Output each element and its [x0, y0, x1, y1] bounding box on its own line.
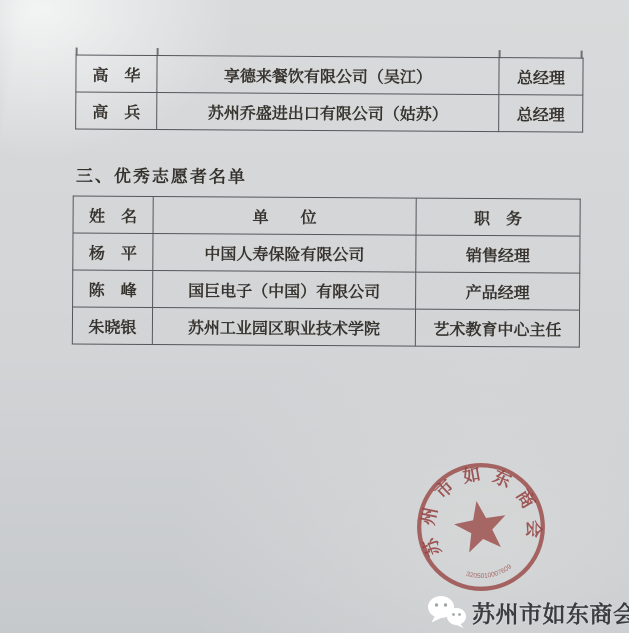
official-seal: 苏州市如东商会 3205010007609 [392, 438, 570, 616]
header-name: 姓 名 [73, 196, 153, 233]
table-row: 高 华 享德来餐饮有限公司（吴江） 总经理 [76, 55, 583, 95]
section-title: 三、优秀志愿者名单 [76, 162, 247, 188]
org-cell: 苏州乔盛进出口有限公司（姑苏） [157, 93, 499, 132]
table-row: 高 兵 苏州乔盛进出口有限公司（姑苏） 总经理 [76, 92, 583, 132]
wechat-icon [427, 595, 467, 629]
org-cell: 中国人寿保险有限公司 [153, 234, 416, 273]
name-cell: 杨 平 [73, 233, 153, 270]
org-cell: 国巨电子（中国）有限公司 [153, 271, 416, 310]
title-cell: 艺术教育中心主任 [415, 309, 579, 347]
volunteers-table: 姓 名 单 位 职 务 杨 平 中国人寿保险有限公司 销售经理 陈 峰 国巨电子… [72, 196, 581, 348]
table-row: 杨 平 中国人寿保险有限公司 销售经理 [73, 233, 580, 273]
title-cell: 产品经理 [416, 272, 580, 310]
svg-text:3205010007609: 3205010007609 [464, 563, 514, 584]
document-photo: 高 华 享德来餐饮有限公司（吴江） 总经理 高 兵 苏州乔盛进出口有限公司（姑苏… [0, 0, 629, 633]
name-cell: 高 华 [76, 55, 157, 92]
title-cell: 总经理 [499, 95, 583, 133]
header-org: 单 位 [153, 197, 416, 236]
name-cell: 高 兵 [76, 92, 157, 129]
title-cell: 总经理 [499, 58, 583, 96]
name-cell: 朱晓银 [72, 307, 152, 344]
header-title: 职 务 [416, 198, 580, 236]
org-cell: 苏州工业园区职业技术学院 [152, 308, 415, 347]
seal-star [451, 497, 511, 555]
org-cell: 享德来餐饮有限公司（吴江） [157, 56, 499, 95]
name-cell: 陈 峰 [73, 270, 153, 307]
seal-serial: 3205010007609 [464, 563, 514, 584]
managers-table: 高 华 享德来餐饮有限公司（吴江） 总经理 高 兵 苏州乔盛进出口有限公司（姑苏… [75, 55, 583, 133]
wechat-watermark: 苏州市如东商会 [427, 595, 629, 629]
table-header-row: 姓 名 单 位 职 务 [73, 196, 580, 236]
table-row: 陈 峰 国巨电子（中国）有限公司 产品经理 [73, 270, 580, 310]
title-cell: 销售经理 [416, 235, 580, 273]
table-row: 朱晓银 苏州工业园区职业技术学院 艺术教育中心主任 [72, 307, 579, 347]
account-name: 苏州市如东商会 [472, 596, 629, 629]
